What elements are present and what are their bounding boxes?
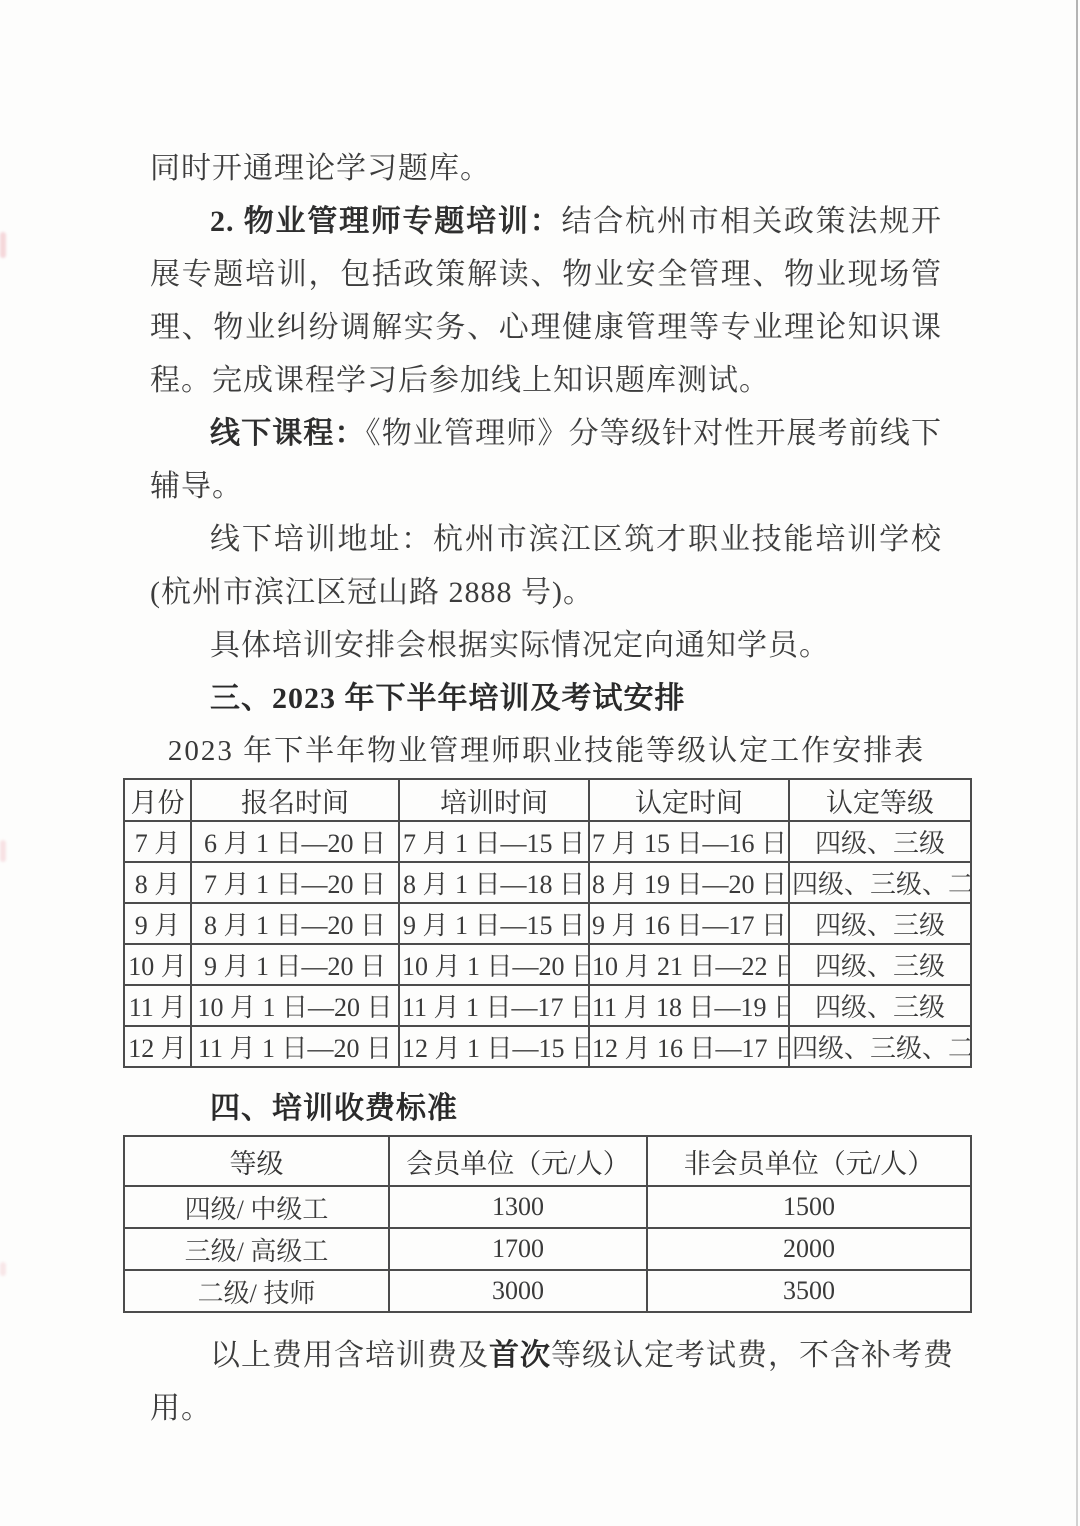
scan-artifact xyxy=(0,1262,6,1276)
fee-cell: 四级/ 中级工 xyxy=(124,1186,389,1228)
schedule-cell: 7 月 1 日—15 日 xyxy=(399,821,589,862)
schedule-cell: 12 月 16 日—17 日 xyxy=(589,1026,789,1067)
schedule-header-cell: 月份 xyxy=(124,779,191,821)
fee-cell: 3000 xyxy=(389,1270,647,1312)
scan-edge-line xyxy=(1076,0,1078,1526)
fee-row: 二级/ 技师 3000 3500 xyxy=(124,1270,971,1312)
fee-cell: 三级/ 高级工 xyxy=(124,1228,389,1270)
schedule-cell: 10 月 xyxy=(124,944,191,985)
fee-row: 四级/ 中级工 1300 1500 xyxy=(124,1186,971,1228)
fee-cell: 1300 xyxy=(389,1186,647,1228)
fee-cell: 二级/ 技师 xyxy=(124,1270,389,1312)
fee-cell: 3500 xyxy=(647,1270,971,1312)
schedule-row: 10 月 9 月 1 日—20 日 10 月 1 日—20 日 10 月 21 … xyxy=(124,944,971,985)
footnote-bold: 首次 xyxy=(489,1339,551,1372)
schedule-row: 9 月 8 月 1 日—20 日 9 月 1 日—15 日 9 月 16 日—1… xyxy=(124,903,971,944)
fee-header-cell: 会员单位（元/人） xyxy=(389,1136,647,1186)
schedule-cell: 四级、三级 xyxy=(789,944,971,985)
schedule-cell: 9 月 1 日—20 日 xyxy=(191,944,399,985)
paragraph-special-training-lead: 2. 物业管理师专题培训： xyxy=(210,205,562,238)
schedule-header-cell: 报名时间 xyxy=(191,779,399,821)
fee-header-row: 等级 会员单位（元/人） 非会员单位（元/人） xyxy=(124,1136,971,1186)
schedule-cell: 11 月 xyxy=(124,985,191,1026)
schedule-cell: 10 月 21 日—22 日 xyxy=(589,944,789,985)
document-page: 同时开通理论学习题库。 2. 物业管理师专题培训：结合杭州市相关政策法规开展专题… xyxy=(0,0,1080,1526)
schedule-cell: 10 月 1 日—20 日 xyxy=(399,944,589,985)
schedule-row: 12 月 11 月 1 日—20 日 12 月 1 日—15 日 12 月 16… xyxy=(124,1026,971,1067)
scan-artifact xyxy=(0,232,6,258)
schedule-cell: 7 月 1 日—20 日 xyxy=(191,862,399,903)
fee-table: 等级 会员单位（元/人） 非会员单位（元/人） 四级/ 中级工 1300 150… xyxy=(123,1135,972,1313)
schedule-cell: 11 月 1 日—17 日 xyxy=(399,985,589,1026)
fee-cell: 1700 xyxy=(389,1228,647,1270)
schedule-cell: 11 月 1 日—20 日 xyxy=(191,1026,399,1067)
schedule-cell: 7 月 xyxy=(124,821,191,862)
schedule-row: 8 月 7 月 1 日—20 日 8 月 1 日—18 日 8 月 19 日—2… xyxy=(124,862,971,903)
footnote: 以上费用含培训费及首次等级认定考试费，不含补考费用。 xyxy=(150,1329,972,1435)
schedule-cell: 8 月 1 日—20 日 xyxy=(191,903,399,944)
fee-header-cell: 等级 xyxy=(124,1136,389,1186)
section-heading-3: 三、2023 年下半年培训及考试安排 xyxy=(150,672,942,725)
schedule-cell: 四级、三级 xyxy=(789,821,971,862)
schedule-cell: 8 月 xyxy=(124,862,191,903)
schedule-cell: 9 月 xyxy=(124,903,191,944)
schedule-cell: 6 月 1 日—20 日 xyxy=(191,821,399,862)
fee-cell: 1500 xyxy=(647,1186,971,1228)
schedule-row: 11 月 10 月 1 日—20 日 11 月 1 日—17 日 11 月 18… xyxy=(124,985,971,1026)
paragraph-notice: 具体培训安排会根据实际情况定向通知学员。 xyxy=(150,619,942,672)
schedule-table-title: 2023 年下半年物业管理师职业技能等级认定工作安排表 xyxy=(123,725,970,778)
schedule-cell: 8 月 1 日—18 日 xyxy=(399,862,589,903)
scan-artifact xyxy=(0,840,6,862)
schedule-header-cell: 认定等级 xyxy=(789,779,971,821)
schedule-cell: 四级、三级、二级 xyxy=(789,1026,971,1067)
paragraph-intro: 同时开通理论学习题库。 xyxy=(150,142,942,195)
schedule-cell: 四级、三级、二级 xyxy=(789,862,971,903)
schedule-cell: 10 月 1 日—20 日 xyxy=(191,985,399,1026)
schedule-header-cell: 认定时间 xyxy=(589,779,789,821)
schedule-cell: 12 月 1 日—15 日 xyxy=(399,1026,589,1067)
fee-row: 三级/ 高级工 1700 2000 xyxy=(124,1228,971,1270)
schedule-cell: 9 月 16 日—17 日 xyxy=(589,903,789,944)
schedule-header-cell: 培训时间 xyxy=(399,779,589,821)
schedule-cell: 7 月 15 日—16 日 xyxy=(589,821,789,862)
paragraph-offline-course: 线下课程：《物业管理师》分等级针对性开展考前线下辅导。 xyxy=(150,407,942,513)
schedule-header-row: 月份 报名时间 培训时间 认定时间 认定等级 xyxy=(124,779,971,821)
fee-cell: 2000 xyxy=(647,1228,971,1270)
footnote-prefix: 以上费用含培训费及 xyxy=(210,1339,489,1372)
paragraph-offline-course-lead: 线下课程： xyxy=(210,417,366,450)
schedule-cell: 四级、三级 xyxy=(789,985,971,1026)
fee-header-cell: 非会员单位（元/人） xyxy=(647,1136,971,1186)
schedule-table: 月份 报名时间 培训时间 认定时间 认定等级 7 月 6 月 1 日—20 日 … xyxy=(123,778,972,1068)
schedule-cell: 11 月 18 日—19 日 xyxy=(589,985,789,1026)
schedule-cell: 9 月 1 日—15 日 xyxy=(399,903,589,944)
schedule-row: 7 月 6 月 1 日—20 日 7 月 1 日—15 日 7 月 15 日—1… xyxy=(124,821,971,862)
paragraph-special-training: 2. 物业管理师专题培训：结合杭州市相关政策法规开展专题培训，包括政策解读、物业… xyxy=(150,195,942,407)
paragraph-offline-address: 线下培训地址：杭州市滨江区筑才职业技能培训学校(杭州市滨江区冠山路 2888 号… xyxy=(150,513,942,619)
schedule-cell: 12 月 xyxy=(124,1026,191,1067)
schedule-cell: 四级、三级 xyxy=(789,903,971,944)
section-heading-4: 四、培训收费标准 xyxy=(150,1082,942,1135)
schedule-cell: 8 月 19 日—20 日 xyxy=(589,862,789,903)
